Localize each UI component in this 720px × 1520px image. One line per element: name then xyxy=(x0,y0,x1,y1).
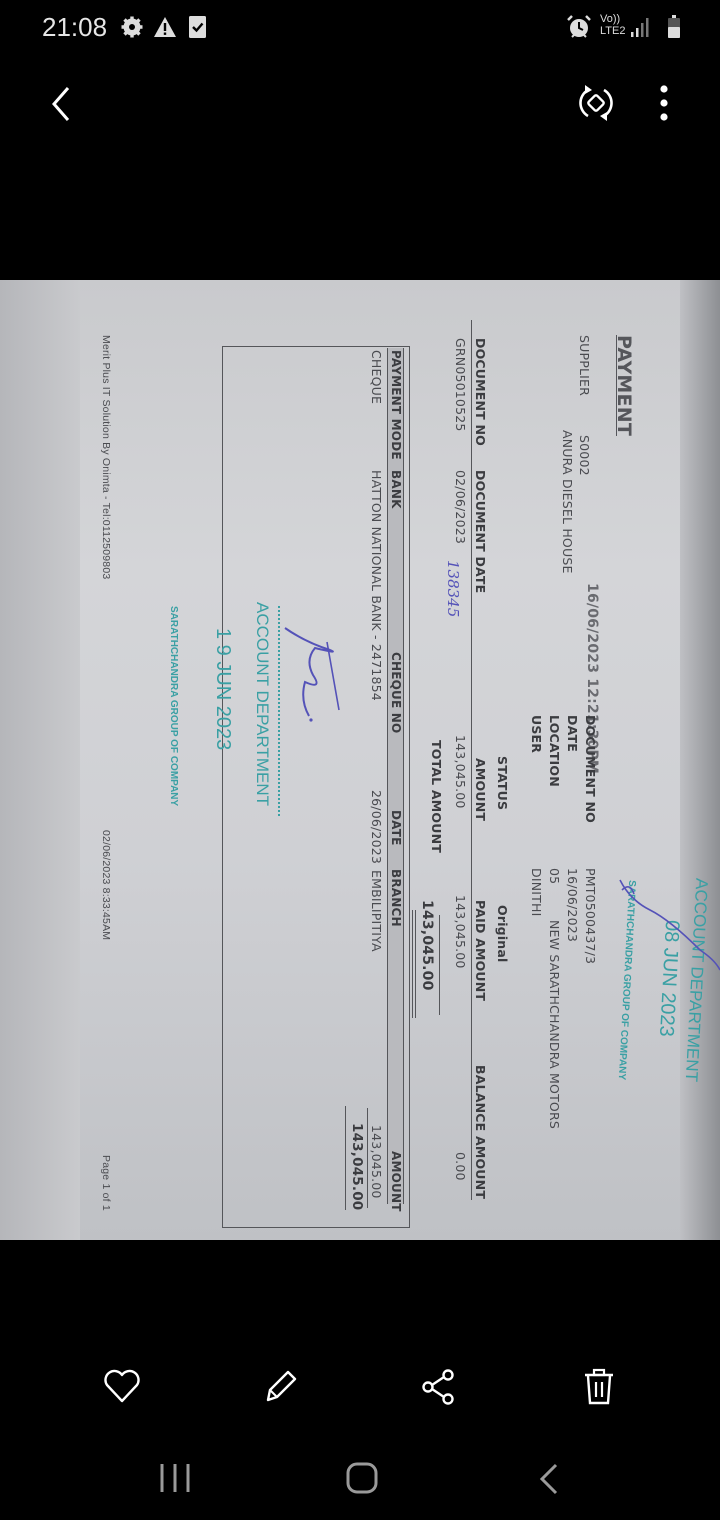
payment-total-rule xyxy=(367,1108,368,1208)
document-no-label: DOCUMENT NO xyxy=(583,715,598,823)
user-value: DINITHI xyxy=(529,868,544,916)
footer-vendor: Merit Plus IT Solution By Onimta - Tel:0… xyxy=(100,335,112,579)
payment-cell-amount: 143,045.00 xyxy=(369,1125,384,1199)
payment-cell-mode: CHEQUE xyxy=(369,350,384,404)
supplier-label: SUPPLIER xyxy=(577,335,592,396)
location-code: 05 xyxy=(547,868,562,884)
stamp-bottom-department: ACCOUNT DEPARTMENT xyxy=(252,602,272,806)
auto-rotate-button[interactable] xyxy=(576,82,616,124)
payment-header-cheque-no: CHEQUE NO xyxy=(389,652,403,733)
system-back-button[interactable] xyxy=(536,1462,562,1496)
grn-header-balance-amount: BALANCE AMOUNT xyxy=(473,1065,488,1199)
grn-header-amount: AMOUNT xyxy=(473,758,488,821)
grn-cell-document-no: GRN05010525 xyxy=(453,338,468,432)
payment-cell-date: 26/06/2023 xyxy=(369,790,384,864)
supplier-name: ANURA DIESEL HOUSE xyxy=(560,430,575,574)
footer-page: Page 1 of 1 xyxy=(100,1155,112,1211)
network-label: Vo)) LTE2 xyxy=(600,13,625,37)
grn-header-paid-amount: PAID AMOUNT xyxy=(473,900,488,1001)
volte-label: Vo)) xyxy=(600,13,625,25)
payment-header-branch: BRANCH xyxy=(389,869,403,927)
home-button[interactable] xyxy=(344,1460,380,1496)
grn-header-document-date: DOCUMENT DATE xyxy=(473,470,488,593)
viewer-top-bar xyxy=(0,60,720,150)
signature-bottom xyxy=(275,620,345,730)
signal-icon xyxy=(630,15,654,39)
total-amount-value: 143,045.00 xyxy=(419,900,435,991)
document-no-value: PMT0500437/3 xyxy=(583,868,598,964)
clock: 21:08 xyxy=(42,12,107,43)
date-label: DATE xyxy=(565,715,580,752)
payment-header-bank: BANK xyxy=(389,470,403,509)
alarm-icon xyxy=(566,14,592,40)
subtotal-rule xyxy=(439,915,440,1015)
grn-cell-paid-amount: 143,045.00 xyxy=(453,895,468,969)
grn-cell-document-date: 02/06/2023 xyxy=(453,470,468,544)
payment-header-amount: AMOUNT xyxy=(389,1151,403,1212)
edit-button[interactable] xyxy=(262,1368,298,1404)
grn-cell-balance-amount: 0.00 xyxy=(453,1152,468,1181)
footer-printed-at: 02/06/2023 8:33:45AM xyxy=(100,830,112,940)
user-label: USER xyxy=(529,715,544,753)
payment-header-bottom-rule xyxy=(387,348,388,1204)
grn-cell-amount: 143,045.00 xyxy=(453,735,468,809)
share-button[interactable] xyxy=(420,1368,456,1406)
status-value: Original xyxy=(495,905,510,963)
gear-icon xyxy=(120,15,144,39)
document-title: PAYMENT xyxy=(613,335,635,436)
status-label: STATUS xyxy=(495,756,510,810)
lte-label: LTE2 xyxy=(600,25,625,37)
stamp-bottom-company: SARATHCHANDRA GROUP OF COMPANY xyxy=(168,606,179,806)
location-name: NEW SARATHCHANDRA MOTORS xyxy=(547,920,562,1129)
more-options-button[interactable] xyxy=(654,82,674,124)
grn-table-top-rule xyxy=(471,320,472,1200)
grn-header-document-no: DOCUMENT NO xyxy=(473,338,488,446)
paper-edge-bottom xyxy=(0,280,80,1240)
checkbox-icon xyxy=(186,15,210,39)
payment-header-date: DATE xyxy=(389,810,403,846)
total-amount-label: TOTAL AMOUNT xyxy=(429,740,444,853)
payment-cell-bank: HATTON NATIONAL BANK - 2 xyxy=(369,470,384,652)
back-button[interactable] xyxy=(44,84,78,124)
total-double-rule-2 xyxy=(412,910,413,1018)
payment-cell-branch: EMBILIPITIYA xyxy=(369,870,384,952)
paper-edge xyxy=(680,280,720,1240)
photo-viewer[interactable]: PAYMENT SUPPLIER S0002 ANURA DIESEL HOUS… xyxy=(0,280,720,1240)
stamp-bottom-date: 1 9 JUN 2023 xyxy=(211,628,234,750)
payment-header-top-rule xyxy=(403,348,404,1204)
handwritten-note: 138345 xyxy=(444,560,462,617)
delete-button[interactable] xyxy=(582,1368,616,1406)
payment-header-mode: PAYMENT MODE xyxy=(389,350,403,460)
viewer-bottom-bar xyxy=(0,1340,720,1430)
system-nav-bar xyxy=(0,1440,720,1520)
signature-top xyxy=(610,870,720,980)
supplier-code: S0002 xyxy=(577,435,592,476)
payment-document: PAYMENT SUPPLIER S0002 ANURA DIESEL HOUS… xyxy=(0,280,720,1240)
total-double-rule-1 xyxy=(415,910,416,1018)
date-value: 16/06/2023 xyxy=(565,868,580,942)
recents-button[interactable] xyxy=(158,1462,192,1494)
status-bar: 21:08 Vo)) LTE2 xyxy=(0,0,720,56)
battery-icon xyxy=(662,15,686,39)
payment-total-value: 143,045.00 xyxy=(349,1123,365,1210)
location-label: LOCATION xyxy=(547,715,562,787)
warning-icon xyxy=(153,15,177,39)
payment-total-underline xyxy=(345,1106,346,1210)
payment-cell-cheque-no: 471854 xyxy=(369,652,384,701)
favourite-button[interactable] xyxy=(103,1368,141,1404)
